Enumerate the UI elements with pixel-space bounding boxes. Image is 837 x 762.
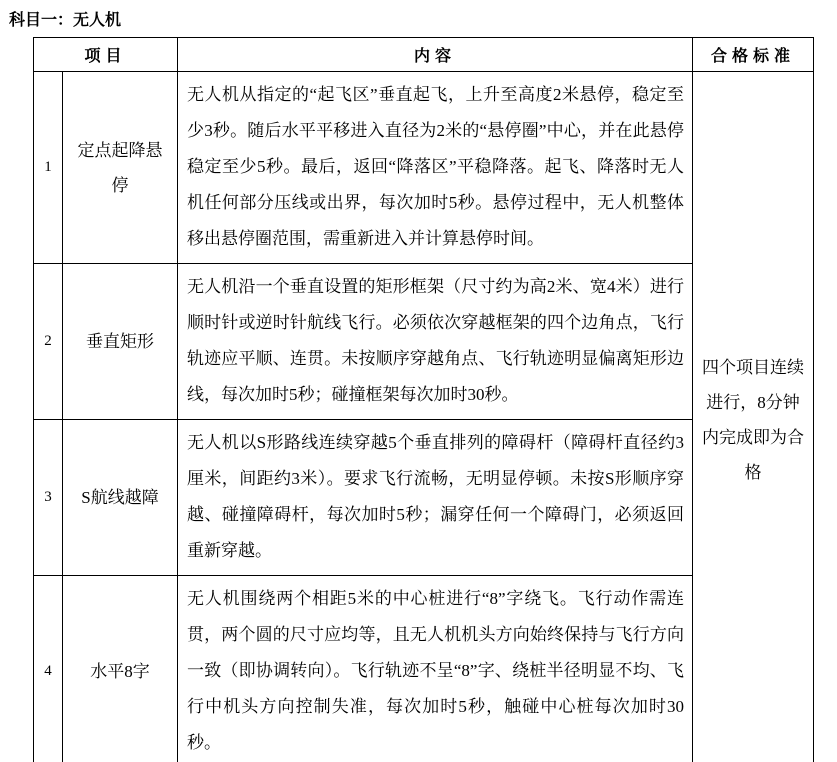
table-row: 1 定点起降悬停 无人机从指定的“起飞区”垂直起飞，上升至高度2米悬停，稳定至少… bbox=[34, 72, 814, 264]
row-number: 1 bbox=[34, 72, 63, 264]
row-item-name: 垂直矩形 bbox=[63, 264, 178, 420]
row-content: 无人机围绕两个相距5米的中心桩进行“8”字绕飞。飞行动作需连贯，两个圆的尺寸应均… bbox=[178, 576, 693, 762]
section-title: 科目一：无人机 bbox=[9, 7, 829, 30]
header-standard: 合格标准 bbox=[693, 38, 814, 72]
row-content: 无人机从指定的“起飞区”垂直起飞，上升至高度2米悬停，稳定至少3秒。随后水平平移… bbox=[178, 72, 693, 264]
row-content: 无人机以S形路线连续穿越5个垂直排列的障碍杆（障碍杆直径约3厘米，间距约3米）。… bbox=[178, 420, 693, 576]
row-number: 3 bbox=[34, 420, 63, 576]
exam-table: 项目 内容 合格标准 1 定点起降悬停 无人机从指定的“起飞区”垂直起飞，上升至… bbox=[33, 37, 814, 762]
standard-merged-cell: 四个项目连续进行，8分钟内完成即为合格 bbox=[693, 72, 814, 762]
row-item-name: 定点起降悬停 bbox=[63, 72, 178, 264]
row-number: 2 bbox=[34, 264, 63, 420]
row-item-name: S航线越障 bbox=[63, 420, 178, 576]
document-page: 科目一：无人机 项目 内容 合格标准 1 定点起降悬停 无人机从指定的“起飞区”… bbox=[0, 0, 837, 762]
header-content: 内容 bbox=[178, 38, 693, 72]
row-item-name: 水平8字 bbox=[63, 576, 178, 762]
row-number: 4 bbox=[34, 576, 63, 762]
header-item: 项目 bbox=[34, 38, 178, 72]
row-content: 无人机沿一个垂直设置的矩形框架（尺寸约为高2米、宽4米）进行顺时针或逆时针航线飞… bbox=[178, 264, 693, 420]
header-row: 项目 内容 合格标准 bbox=[34, 38, 814, 72]
